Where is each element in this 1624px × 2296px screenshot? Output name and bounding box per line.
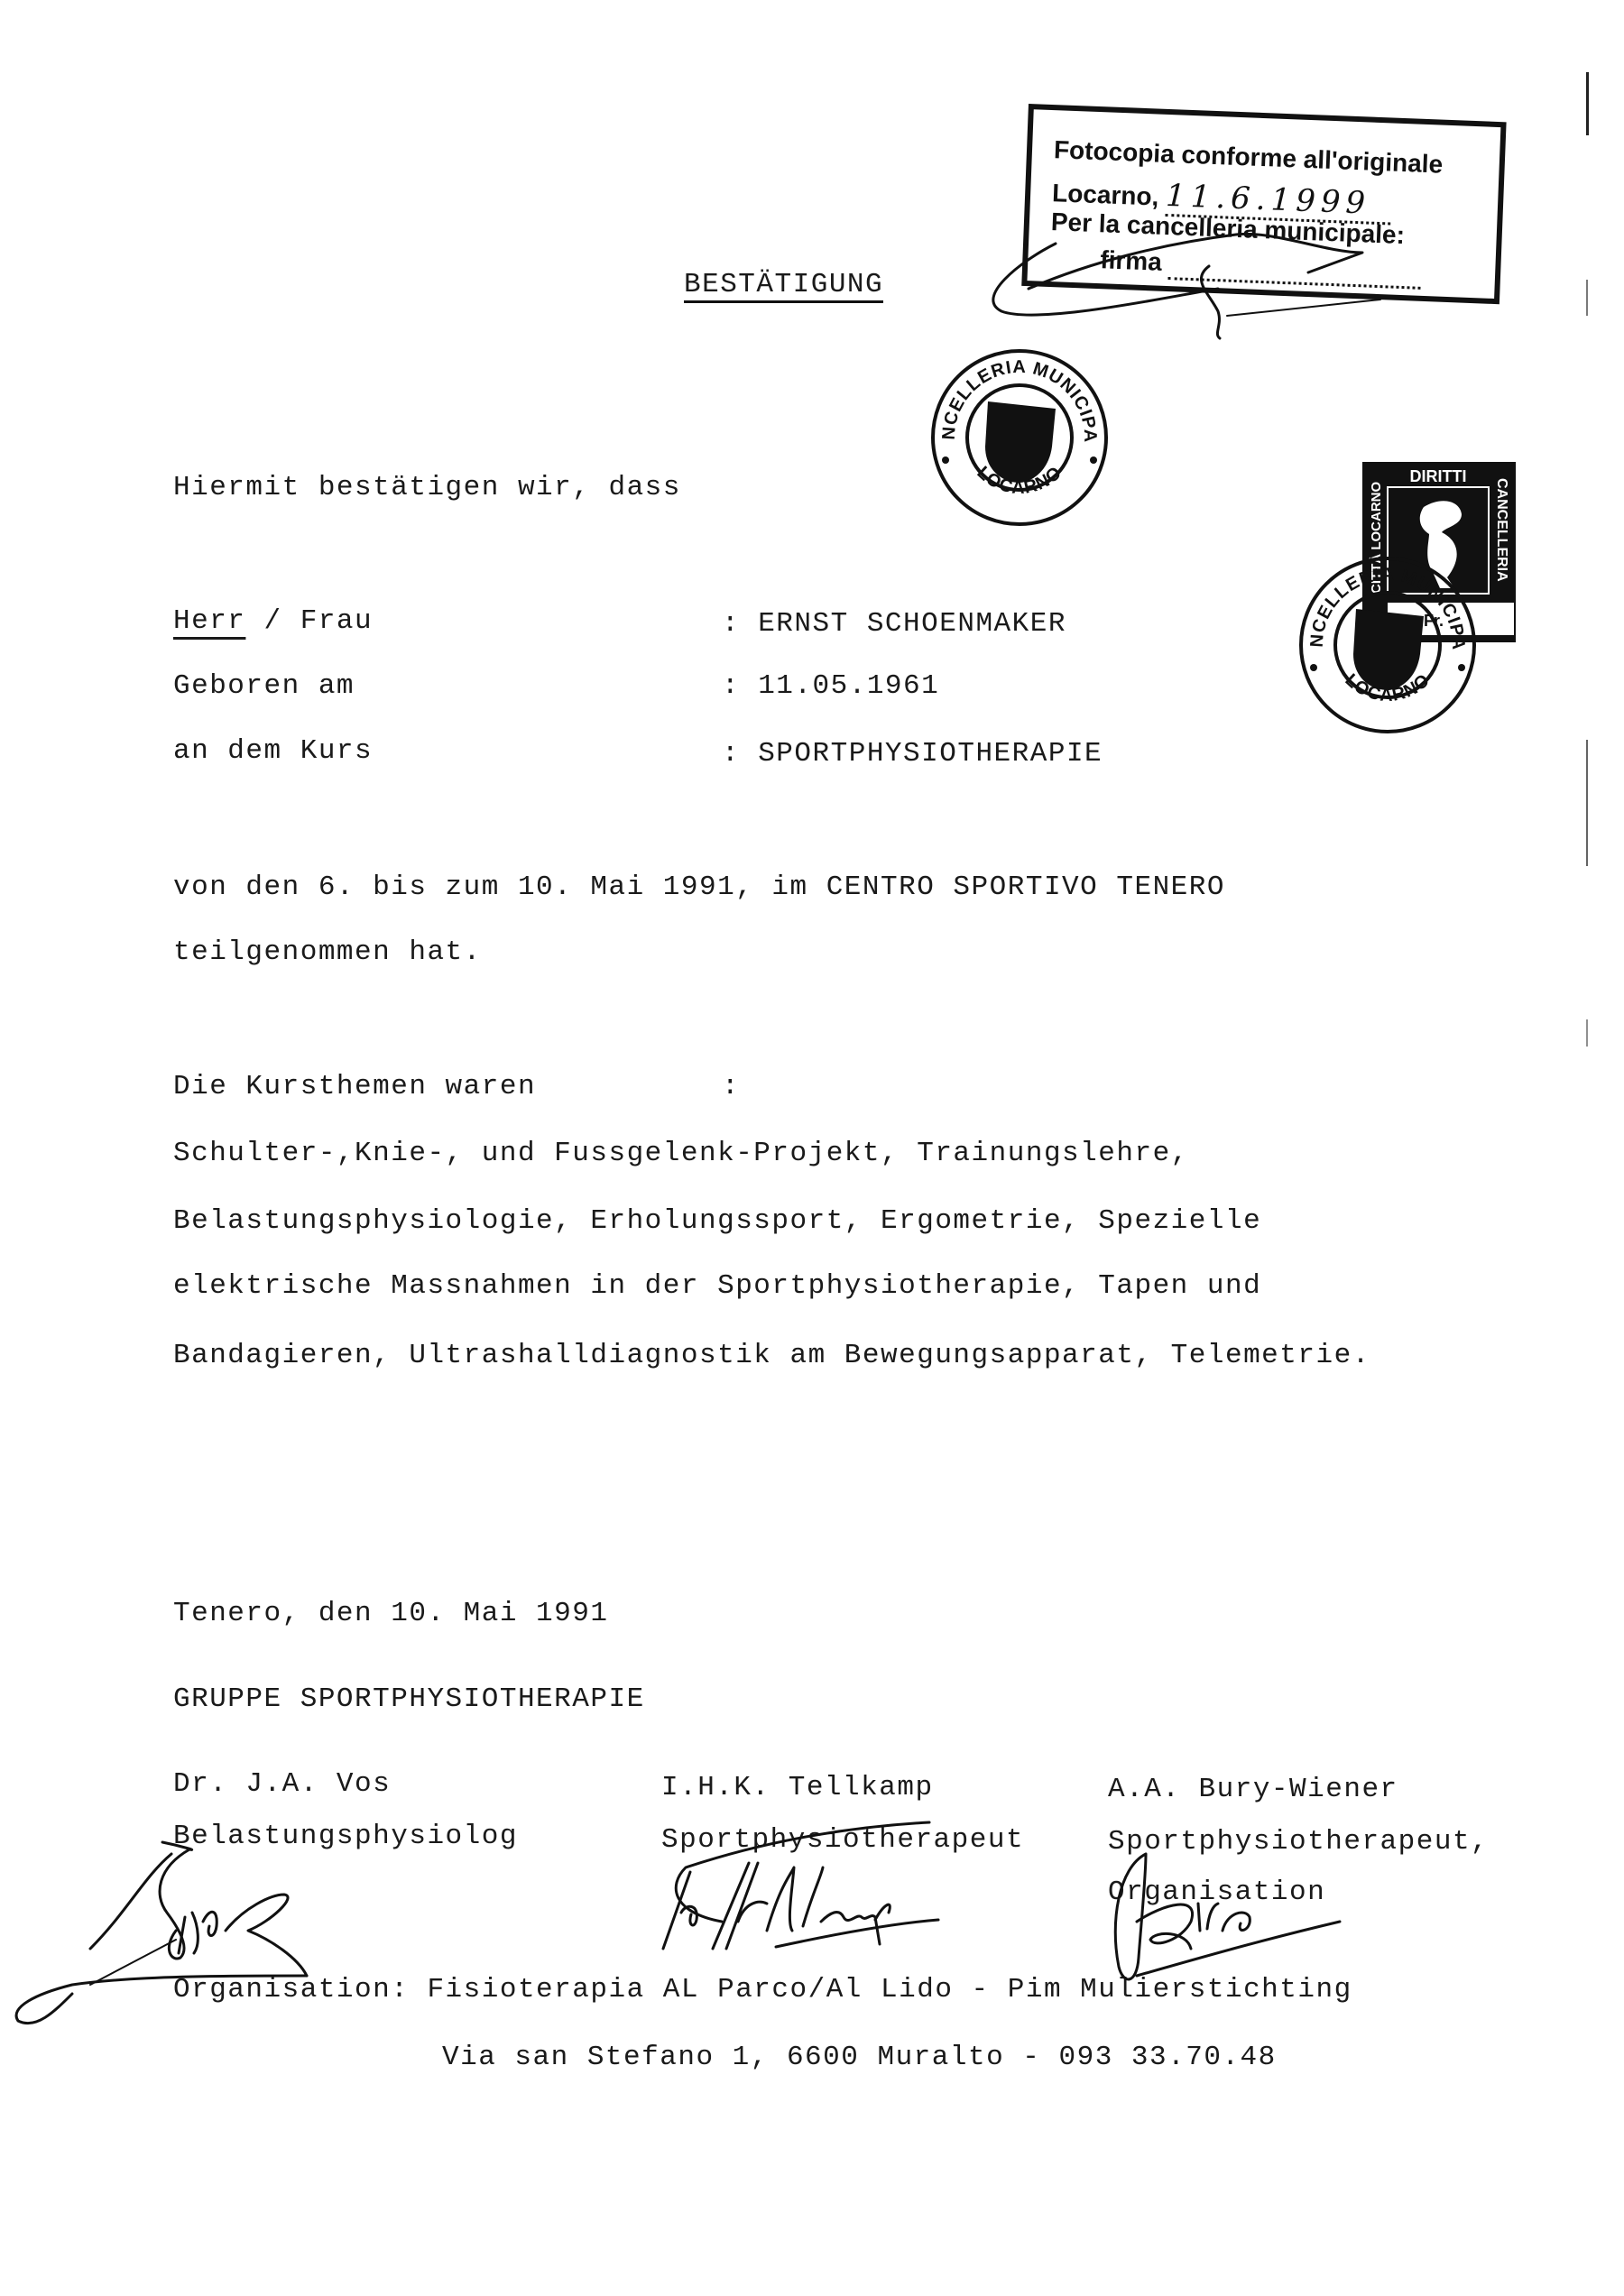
signatory-2-name: I.H.K. Tellkamp (661, 1774, 934, 1802)
scan-edge-mark (1586, 280, 1588, 316)
stamp-place: Locarno, (1052, 179, 1159, 211)
topics-line-1: Schulter-,Knie-, und Fussgelenk-Projekt,… (173, 1139, 1189, 1167)
address-line: Via san Stefano 1, 6600 Muralto - 093 33… (442, 2043, 1277, 2071)
signature-bury-wiener (1101, 1849, 1371, 1994)
municipal-seal: CANCELLERIA MUNICIPALE LOCARNO (929, 347, 1110, 528)
topics-line-3: elektrische Massnahmen in der Sportphysi… (173, 1272, 1261, 1300)
fee-stamp-right: CANCELLERIA (1494, 478, 1509, 582)
topics-colon: : (722, 1073, 740, 1101)
scan-edge-mark (1586, 740, 1588, 866)
document-title: BESTÄTIGUNG (684, 271, 883, 303)
signatory-3-name: A.A. Bury-Wiener (1108, 1775, 1398, 1803)
field-value-birthdate: : 11.05.1961 (722, 672, 939, 700)
signatory-1-name: Dr. J.A. Vos (173, 1770, 391, 1798)
signature-vos (0, 1840, 632, 2039)
stamp-line-certified-copy: Fotocopia conforme all'originale (1053, 135, 1443, 180)
scan-edge-mark (1586, 1019, 1588, 1047)
topics-line-2: Belastungsphysiologie, Erholungssport, E… (173, 1207, 1261, 1235)
field-label-course: an dem Kurs (173, 737, 373, 765)
salutation-herr-selected: Herr (173, 605, 245, 637)
field-label-birthdate: Geboren am (173, 672, 355, 700)
period-line-2: teilgenommen hat. (173, 938, 482, 966)
field-label-salutation: Herr / Frau (173, 607, 373, 635)
period-line-1: von den 6. bis zum 10. Mai 1991, im CENT… (173, 873, 1225, 901)
signature-tellkamp (632, 1813, 1047, 1976)
topics-label: Die Kursthemen waren (173, 1073, 536, 1101)
scan-edge-mark (1586, 72, 1589, 135)
group-name: GRUPPE SPORTPHYSIOTHERAPIE (173, 1685, 645, 1713)
place-date: Tenero, den 10. Mai 1991 (173, 1600, 608, 1627)
fee-stamp-top: DIRITTI (1410, 467, 1467, 485)
stamp-signature (983, 226, 1489, 343)
field-value-name: : ERNST SCHOENMAKER (722, 610, 1066, 638)
topics-line-4: Bandagieren, Ultrashalldiagnostik am Bew… (173, 1342, 1370, 1369)
field-value-course: : SPORTPHYSIOTHERAPIE (722, 740, 1103, 768)
municipal-seal-2: CANCELLERIA MUNICIPALE LOCARNO (1297, 555, 1478, 735)
intro-text: Hiermit bestätigen wir, dass (173, 474, 681, 502)
